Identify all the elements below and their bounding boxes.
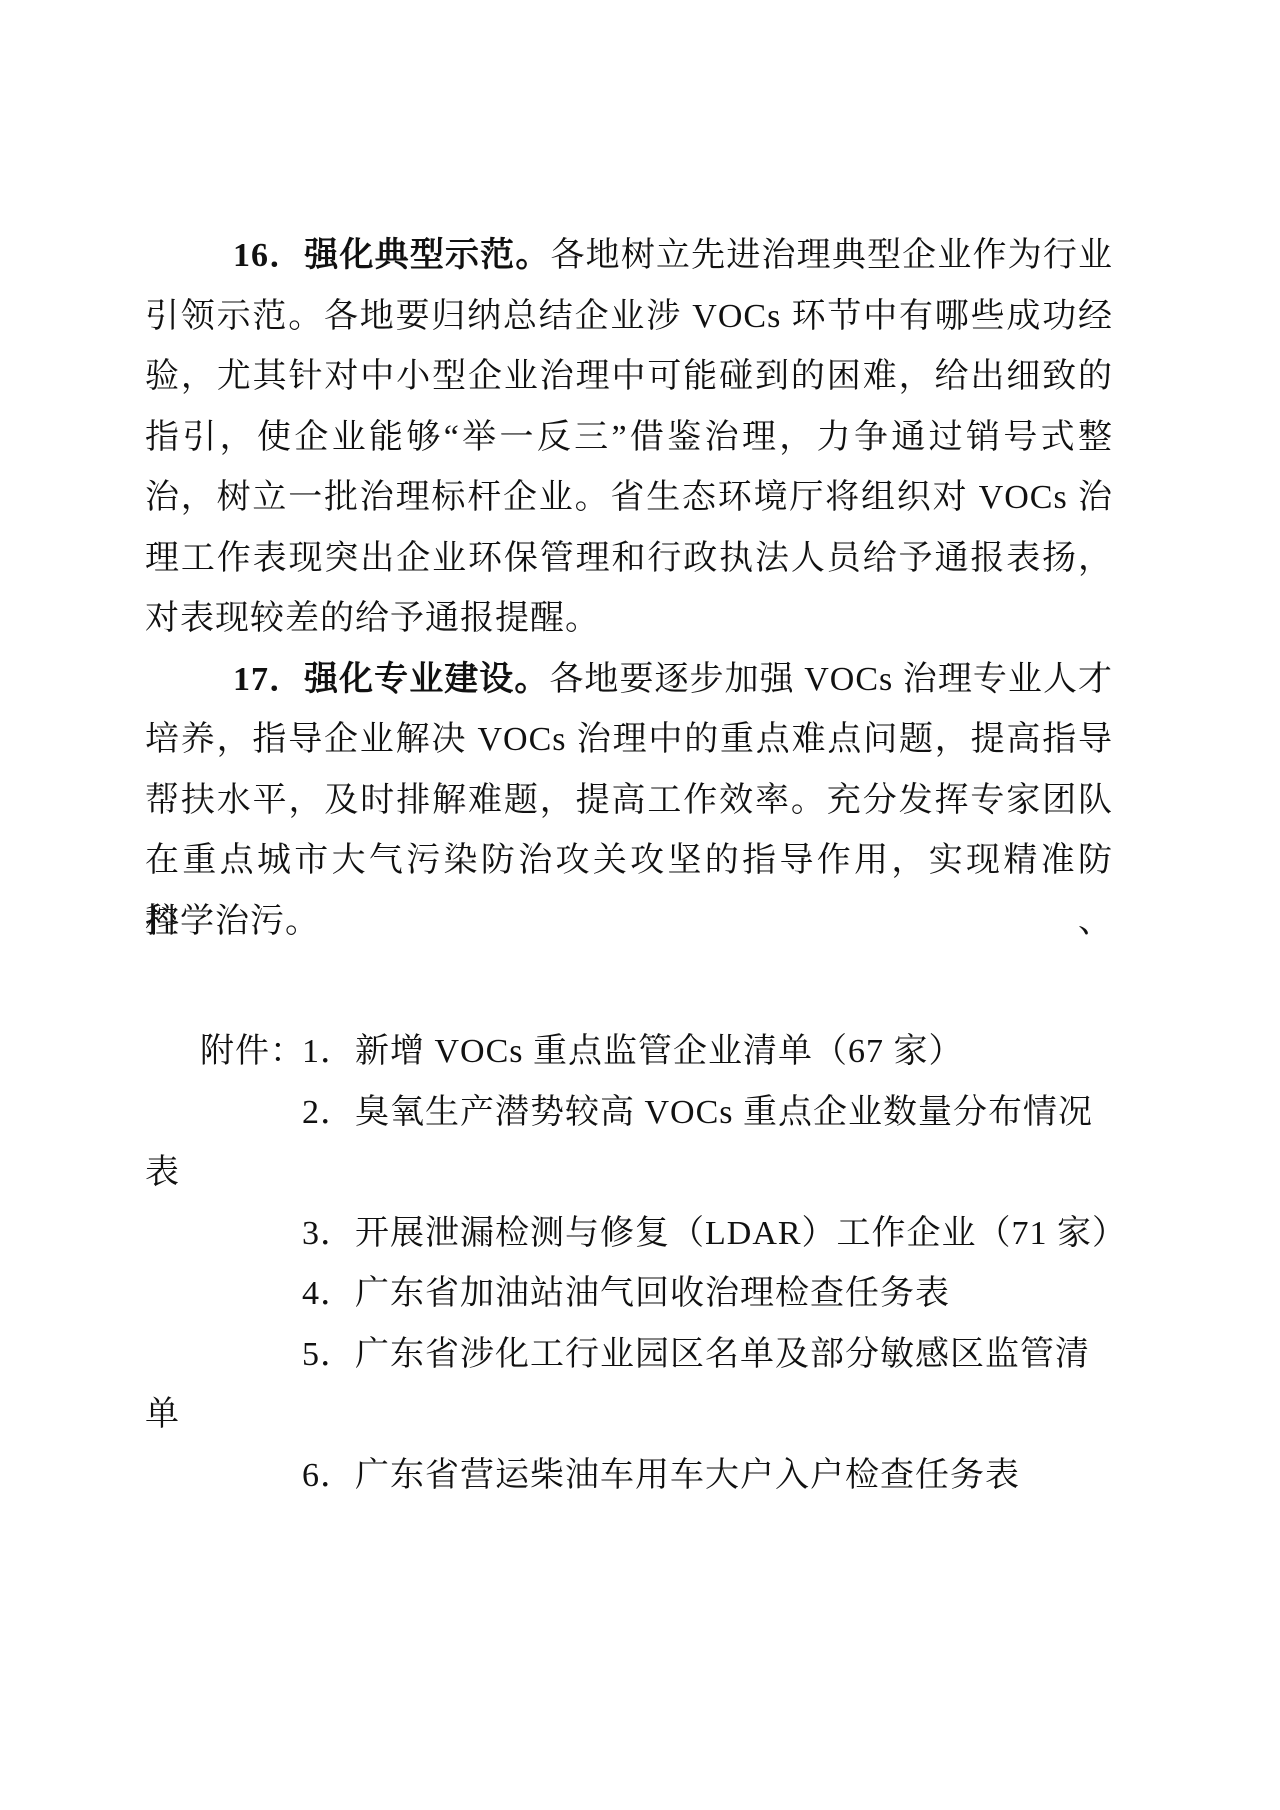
text-line: 指引，使企业能够“举一反三”借鉴治理，力争通过销号式整 [145,408,1113,469]
attachment-label: 附件： [200,1022,302,1083]
text-line: 引领示范。各地要归纳总结企业涉 VOCs 环节中有哪些成功经 [145,287,1113,348]
paragraph-17: 17．强化专业建设。各地要逐步加强 VOCs 治理专业人才 培养，指导企业解决 … [145,650,1113,953]
paragraph-16-line-1: 16．强化典型示范。各地树立先进治理典型企业作为行业 [145,226,1113,287]
text-line: 帮扶水平，及时排解难题，提高工作效率。充分发挥专家团队 [145,771,1113,832]
attachment-item-2: 2．臭氧生产潜势较高 VOCs 重点企业数量分布情况 [302,1083,1113,1144]
paragraph-17-line-1-text: 各地要逐步加强 VOCs 治理专业人才 [549,661,1113,698]
text-line: 培养，指导企业解决 VOCs 治理中的重点难点问题，提高指导 [145,710,1113,771]
text-line: 在重点城市大气污染防治攻关攻坚的指导作用，实现精准防控、 [145,831,1113,892]
attachment-item-2-continuation: 表 [145,1143,1113,1204]
text-line: 理工作表现突出企业环保管理和行政执法人员给予通报表扬， [145,529,1113,590]
attachment-item-1: 附件：1．新增 VOCs 重点监管企业清单（67 家） [200,1022,1113,1083]
attachment-item-5-continuation: 单 [145,1385,1113,1446]
paragraph-17-line-1: 17．强化专业建设。各地要逐步加强 VOCs 治理专业人才 [145,650,1113,711]
paragraph-16-heading: 16．强化典型示范。 [233,237,551,274]
attachment-item-3: 3．开展泄漏检测与修复（LDAR）工作企业（71 家） [302,1204,1113,1265]
paragraph-17-heading: 17．强化专业建设。 [233,661,549,698]
paragraph-16-line-1-text: 各地树立先进治理典型企业作为行业 [551,237,1114,274]
document-body: 16．强化典型示范。各地树立先进治理典型企业作为行业 引领示范。各地要归纳总结企… [145,226,1113,1506]
attachment-item-1-text: 1．新增 VOCs 重点监管企业清单（67 家） [302,1033,964,1070]
section-gap [145,952,1113,1022]
document-page: 16．强化典型示范。各地树立先进治理典型企业作为行业 引领示范。各地要归纳总结企… [0,0,1280,1810]
attachment-item-6: 6．广东省营运柴油车用车大户入户检查任务表 [302,1446,1113,1507]
text-line: 治，树立一批治理标杆企业。省生态环境厅将组织对 VOCs 治 [145,468,1113,529]
attachment-item-5: 5．广东省涉化工行业园区名单及部分敏感区监管清 [302,1325,1113,1386]
attachment-list: 附件：1．新增 VOCs 重点监管企业清单（67 家） 2．臭氧生产潜势较高 V… [145,1022,1113,1506]
paragraph-16: 16．强化典型示范。各地树立先进治理典型企业作为行业 引领示范。各地要归纳总结企… [145,226,1113,650]
text-line: 验，尤其针对中小型企业治理中可能碰到的困难，给出细致的 [145,347,1113,408]
text-line: 对表现较差的给予通报提醒。 [145,589,1113,650]
attachment-item-4: 4．广东省加油站油气回收治理检查任务表 [302,1264,1113,1325]
